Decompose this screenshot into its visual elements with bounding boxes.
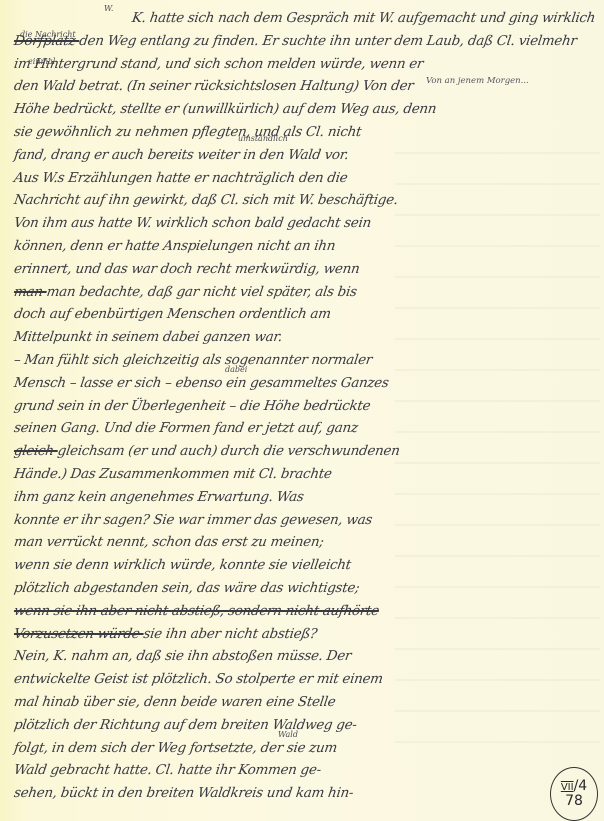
manuscript-line: grund sein in der Überlegenheit – die Hö… xyxy=(13,398,372,414)
manuscript-line: Aus W.s Erzählungen hatte er nachträglic… xyxy=(13,170,349,186)
line-text: Wald gebracht hatte. Cl. hatte ihr Komme… xyxy=(13,762,322,778)
line-text: doch auf ebenbürtigen Menschen ordentlic… xyxy=(13,306,332,322)
manuscript-line: erinnert, und das war doch recht merkwür… xyxy=(13,261,361,277)
manuscript-line: gleich gleichsam (er und auch) durch die… xyxy=(13,443,401,459)
line-text: plötzlich der Richtung auf dem breiten W… xyxy=(13,717,358,733)
manuscript-line: Wald gebracht hatte. Cl. hatte ihr Komme… xyxy=(13,762,322,778)
line-text: sie gewöhnlich zu nehmen pflegten, und a… xyxy=(13,124,362,140)
manuscript-line: fand, drang er auch bereits weiter in de… xyxy=(13,147,350,163)
line-text: Mensch – lasse er sich – ebenso ein gesa… xyxy=(13,375,390,391)
struck-through-text: Vorzusetzen würde xyxy=(13,626,145,642)
line-text: folgt, in dem sich der Weg fortsetzte, d… xyxy=(13,740,338,756)
manuscript-line: mal hinab über sie, denn beide waren ein… xyxy=(13,694,337,710)
interlinear-insertion: Wald xyxy=(278,730,298,739)
line-text: K. hatte sich nach dem Gespräch mit W. a… xyxy=(131,10,596,26)
line-text: Nachricht auf ihn gewirkt, daß Cl. sich … xyxy=(13,192,399,208)
line-text: erinnert, und das war doch recht merkwür… xyxy=(13,261,361,277)
manuscript-line: K. hatte sich nach dem Gespräch mit W. a… xyxy=(131,10,596,26)
manuscript-line: Mittelpunkt in seinem dabei ganzen war. xyxy=(13,329,283,345)
line-text: Mittelpunkt in seinem dabei ganzen war. xyxy=(13,329,283,345)
manuscript-line: Vorzusetzen würde sie ihn aber nicht abs… xyxy=(13,626,318,642)
manuscript-line: Nachricht auf ihn gewirkt, daß Cl. sich … xyxy=(13,192,399,208)
manuscript-line: seinen Gang. Und die Formen fand er jetz… xyxy=(13,420,359,436)
manuscript-line: wenn sie ihn aber nicht abstieß, sondern… xyxy=(13,603,380,619)
line-text: den Wald betrat. (In seiner rücksichtslo… xyxy=(13,78,415,94)
manuscript-line: man man bedachte, daß gar nicht viel spä… xyxy=(13,284,358,300)
line-text: plötzlich abgestanden sein, das wäre das… xyxy=(13,580,361,596)
manuscript-line: – Man fühlt sich gleichzeitig als sogena… xyxy=(13,352,373,368)
manuscript-line: doch auf ebenbürtigen Menschen ordentlic… xyxy=(13,306,332,322)
manuscript-line: Hände.) Das Zusammenkommen mit Cl. brach… xyxy=(13,466,333,482)
line-text: – Man fühlt sich gleichzeitig als sogena… xyxy=(13,352,373,368)
line-text: Aus W.s Erzählungen hatte er nachträglic… xyxy=(13,170,349,186)
manuscript-line: Höhe bedrückt, stellte er (unwillkürlich… xyxy=(13,101,437,117)
interlinear-insertion: dabei xyxy=(225,365,247,374)
line-text: konnte er ihr sagen? Sie war immer das g… xyxy=(13,512,373,528)
margin-note: Von an jenem Morgen... xyxy=(426,76,529,86)
manuscript-line: im Hintergrund stand, und sich schon mel… xyxy=(13,56,424,72)
struck-through-text: man xyxy=(13,284,48,300)
archive-folio-stamp: VII /4 78 xyxy=(550,767,598,821)
line-text: seinen Gang. Und die Formen fand er jetz… xyxy=(13,420,359,436)
line-text: Von ihm aus hatte W. wirklich schon bald… xyxy=(13,215,372,231)
manuscript-line: Von ihm aus hatte W. wirklich schon bald… xyxy=(13,215,372,231)
line-text: grund sein in der Überlegenheit – die Hö… xyxy=(13,398,372,414)
line-text: fand, drang er auch bereits weiter in de… xyxy=(13,147,350,163)
line-text: gleichsam (er und auch) durch die versch… xyxy=(57,443,401,459)
line-text: ihm ganz kein angenehmes Erwartung. Was xyxy=(13,489,305,505)
manuscript-line: sie gewöhnlich zu nehmen pflegten, und a… xyxy=(13,124,362,140)
manuscript-line: plötzlich abgestanden sein, das wäre das… xyxy=(13,580,361,596)
line-text: sehen, bückt in den breiten Waldkreis un… xyxy=(13,785,354,801)
line-text: Höhe bedrückt, stellte er (unwillkürlich… xyxy=(13,101,437,117)
manuscript-line: wenn sie denn wirklich würde, konnte sie… xyxy=(13,557,352,573)
archive-stamp-folder: VII /4 xyxy=(561,779,587,794)
line-text: entwickelte Geist ist plötzlich. So stol… xyxy=(13,671,384,687)
archive-stamp-page-number: 78 xyxy=(565,794,583,809)
line-text: wenn sie denn wirklich würde, konnte sie… xyxy=(13,557,352,573)
reverse-side-bleed-through xyxy=(395,130,600,770)
manuscript-line: Nein, K. nahm an, daß sie ihn abstoßen m… xyxy=(13,648,352,664)
manuscript-line: plötzlich der Richtung auf dem breiten W… xyxy=(13,717,358,733)
manuscript-line: konnte er ihr sagen? Sie war immer das g… xyxy=(13,512,373,528)
line-text: Hände.) Das Zusammenkommen mit Cl. brach… xyxy=(13,466,333,482)
manuscript-line: ihm ganz kein angenehmes Erwartung. Was xyxy=(13,489,305,505)
line-text: Nein, K. nahm an, daß sie ihn abstoßen m… xyxy=(13,648,352,664)
interlinear-insertion: die Nachricht xyxy=(20,30,76,39)
line-text: mal hinab über sie, denn beide waren ein… xyxy=(13,694,337,710)
line-text: sie ihn aber nicht abstieß? xyxy=(142,626,318,642)
manuscript-line: folgt, in dem sich der Weg fortsetzte, d… xyxy=(13,740,338,756)
line-text: den Weg entlang zu finden. Er suchte ihn… xyxy=(78,33,578,49)
struck-through-text: gleich xyxy=(13,443,59,459)
manuscript-line: den Wald betrat. (In seiner rücksichtslo… xyxy=(13,78,415,94)
manuscript-line: können, denn er hatte Anspielungen nicht… xyxy=(13,238,336,254)
line-text: man bedachte, daß gar nicht viel später,… xyxy=(46,284,358,300)
line-text: man verrückt nennt, schon das erst zu me… xyxy=(13,534,325,550)
line-text: können, denn er hatte Anspielungen nicht… xyxy=(13,238,336,254)
interlinear-insertion: umständlich xyxy=(238,134,288,143)
struck-through-text: wenn sie ihn aber nicht abstieß, sondern… xyxy=(13,603,380,619)
archive-stamp-subfolder: /4 xyxy=(574,779,588,794)
manuscript-line: Dorfplatz den Weg entlang zu finden. Er … xyxy=(13,33,578,49)
manuscript-line: entwickelte Geist ist plötzlich. So stol… xyxy=(13,671,384,687)
line-text: im Hintergrund stand, und sich schon mel… xyxy=(13,56,424,72)
manuscript-line: man verrückt nennt, schon das erst zu me… xyxy=(13,534,325,550)
manuscript-page: K. hatte sich nach dem Gespräch mit W. a… xyxy=(0,0,604,821)
manuscript-line: Mensch – lasse er sich – ebenso ein gesa… xyxy=(13,375,390,391)
interlinear-insertion: W. xyxy=(104,4,113,13)
manuscript-line: sehen, bückt in den breiten Waldkreis un… xyxy=(13,785,354,801)
interlinear-insertion: einmal xyxy=(28,57,55,66)
